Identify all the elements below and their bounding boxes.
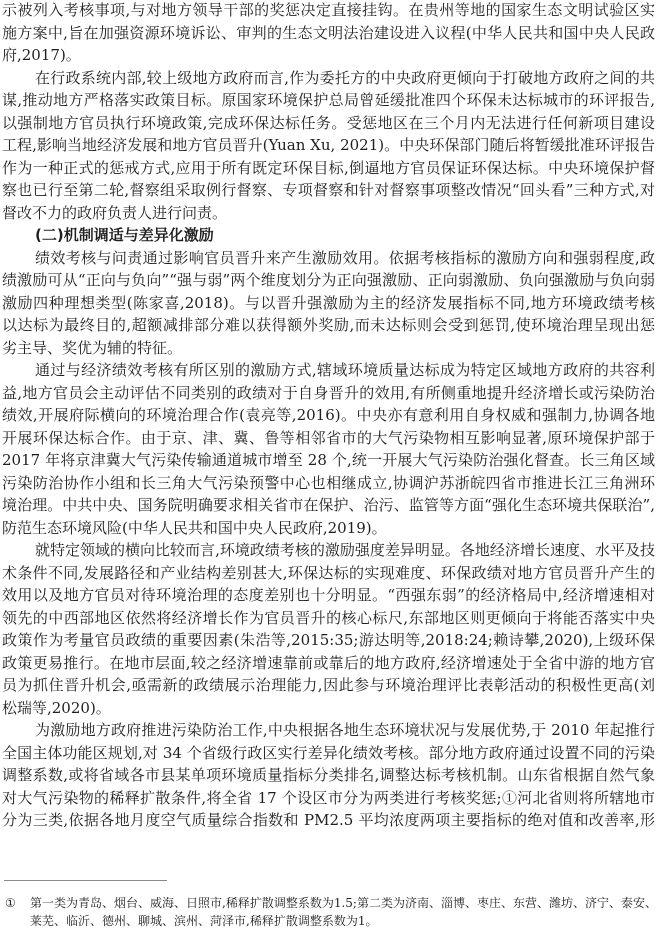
text-line: 工程,影响当地经济发展和地方官员晋升(Yuan Xu, 2021)。中央环保部门…	[2, 134, 655, 157]
text-line: 在行政系统内部,较上级地方政府而言,作为委托方的中央政府更倾向于打破地方政府之间…	[2, 67, 655, 90]
text-line: 以达标为最终目的,超额减排部分难以获得额外奖励,而未达标则会受到惩罚,使环境治理…	[2, 314, 655, 337]
paragraph-continued: 示被列入考核事项,与对地方领导干部的奖惩决定直接挂钩。在贵州等地的国家生态文明试…	[2, 0, 655, 67]
section-heading: (二)机制调适与差异化激励	[2, 224, 655, 247]
text-line: 绩效考核与问责通过影响官员晋升来产生激励效用。依据考核指标的激励方向和强弱程度,…	[2, 247, 655, 270]
text-line: 谋,推动地方严格落实政策目标。原国家环境保护总局曾延缓批准四个环保未达标城市的环…	[2, 89, 655, 112]
footnote-marker: ①	[5, 894, 16, 912]
paragraph: 绩效考核与问责通过影响官员晋升来产生激励效用。依据考核指标的激励方向和强弱程度,…	[2, 247, 655, 360]
text-line: 2017 年将京津冀大气污染传输通道城市增至 28 个,统一开展大气污染防治强化…	[2, 449, 655, 472]
text-line: 府,2017)。	[2, 44, 655, 67]
text-line: 通过与经济绩效考核有所区别的激励方式,辖域环境质量达标成为特定区域地方政府的共容…	[2, 359, 655, 382]
text-line: 益,地方官员会主动评估不同类别的政绩对于自身晋升的效用,有所侧重地提升经济增长或…	[2, 382, 655, 405]
paragraph: 通过与经济绩效考核有所区别的激励方式,辖域环境质量达标成为特定区域地方政府的共容…	[2, 359, 655, 539]
paragraph: 在行政系统内部,较上级地方政府而言,作为委托方的中央政府更倾向于打破地方政府之间…	[2, 67, 655, 225]
text-line: 施方案中,旨在加强资源环境诉讼、审判的生态文明法治建设进入议程(中华人民共和国中…	[2, 22, 655, 45]
text-line: 以强制地方官员执行环境政策,完成环保达标任务。受惩地区在三个月内无法进行任何新项…	[2, 112, 655, 135]
text-line: 调整系数,或将省域各市县某单项环境质量指标分类排名,调整达标考核机制。山东省根据…	[2, 764, 655, 787]
document-page: 示被列入考核事项,与对地方领导干部的奖惩决定直接挂钩。在贵州等地的国家生态文明试…	[0, 0, 658, 932]
text-line: 员为抓住晋升机会,亟需新的政绩展示治理能力,因此参与环境治理评比表彰活动的积极性…	[2, 674, 655, 697]
text-line: 政策更易推行。在地市层面,较之经济增速靠前或靠后的地方政府,经济增速处于全省中游…	[2, 652, 655, 675]
text-line: 开展环保达标合作。由于京、津、冀、鲁等相邻省市的大气污染物相互影响显著,原环境保…	[2, 427, 655, 450]
text-line: 术条件不同,发展路径和产业结构差别甚大,环保达标的实现难度、环保政绩对地方官员晋…	[2, 562, 655, 585]
text-line: 分为三类,依据各地月度空气质量综合指数和 PM2.5 平均浓度两项主要指标的绝对…	[2, 809, 655, 832]
footnote-line: 第一类为青岛、烟台、威海、日照市,稀释扩散调整系数为1.5;第二类为济南、淄博、…	[30, 894, 655, 912]
text-line: 政策作为考量官员政绩的重要因素(朱浩等,2015:35;游达明等,2018:24…	[2, 629, 655, 652]
footnote-line: 莱芜、临沂、德州、聊城、滨州、菏泽市,稀释扩散调整系数为1。	[30, 912, 655, 930]
text-line: 督改不力的政府负责人进行问责。	[2, 202, 655, 225]
footnote-text: 第一类为青岛、烟台、威海、日照市,稀释扩散调整系数为1.5;第二类为济南、淄博、…	[30, 894, 655, 930]
text-line: 劣主导、奖优为辅的特征。	[2, 337, 655, 360]
text-line: 松瑞等,2020)。	[2, 697, 655, 720]
text-line: 领先的中西部地区依然将经济增长作为官员晋升的核心标尺,东部地区则更倾向于将能否落…	[2, 607, 655, 630]
text-line: 示被列入考核事项,与对地方领导干部的奖惩决定直接挂钩。在贵州等地的国家生态文明试…	[2, 0, 655, 22]
text-line: 激励四种理想类型(陈家喜,2018)。与以晋升强激励为主的经济发展指标不同,地方…	[2, 292, 655, 315]
paragraph: 为激励地方政府推进污染防治工作,中央根据各地生态环境状况与发展优势,于 2010…	[2, 719, 655, 832]
text-line: 防范生态环境风险(中华人民共和国中央人民政府,2019)。	[2, 517, 655, 540]
body-text: 示被列入考核事项,与对地方领导干部的奖惩决定直接挂钩。在贵州等地的国家生态文明试…	[2, 0, 655, 832]
text-line: 绩效,开展府际横向的环境治理合作(袁亮等,2016)。中央亦有意利用自身权威和强…	[2, 404, 655, 427]
text-line: 为激励地方政府推进污染防治工作,中央根据各地生态环境状况与发展优势,于 2010…	[2, 719, 655, 742]
text-line: 全国主体功能区规划,对 34 个省级行政区实行差异化绩效考核。部分地方政府通过设…	[2, 742, 655, 765]
footnote-divider	[4, 880, 167, 881]
text-line: 污染防治协作小组和长三角大气污染预警中心也相继成立,协调沪苏浙皖四省市推进长江三…	[2, 472, 655, 495]
text-line: 察也已行至第二轮,督察组采取例行督察、专项督察和针对督察事项整改情况“回头看”三…	[2, 179, 655, 202]
text-line: 效用以及地方官员对待环境治理的态度差别也十分明显。“西强东弱”的经济格局中,经济…	[2, 584, 655, 607]
text-line: 绩激励可从“正向与负向”“强与弱”两个维度划分为正向强激励、正向弱激励、负向强激…	[2, 269, 655, 292]
text-line: 境治理。中共中央、国务院明确要求相关省市在保护、治污、监管等方面“强化生态环境共…	[2, 494, 655, 517]
text-line: 就特定领域的横向比较而言,环境政绩考核的激励强度差异明显。各地经济增长速度、水平…	[2, 539, 655, 562]
footnote: ① 第一类为青岛、烟台、威海、日照市,稀释扩散调整系数为1.5;第二类为济南、淄…	[0, 894, 658, 932]
text-line: 作为一种正式的惩戒方式,应用于所有既定环保目标,倒逼地方官员保证环保达标。中央环…	[2, 157, 655, 180]
paragraph: 就特定领域的横向比较而言,环境政绩考核的激励强度差异明显。各地经济增长速度、水平…	[2, 539, 655, 719]
text-line: 对大气污染物的稀释扩散条件,将全省 17 个设区市分为两类进行考核奖惩;①河北省…	[2, 787, 655, 810]
